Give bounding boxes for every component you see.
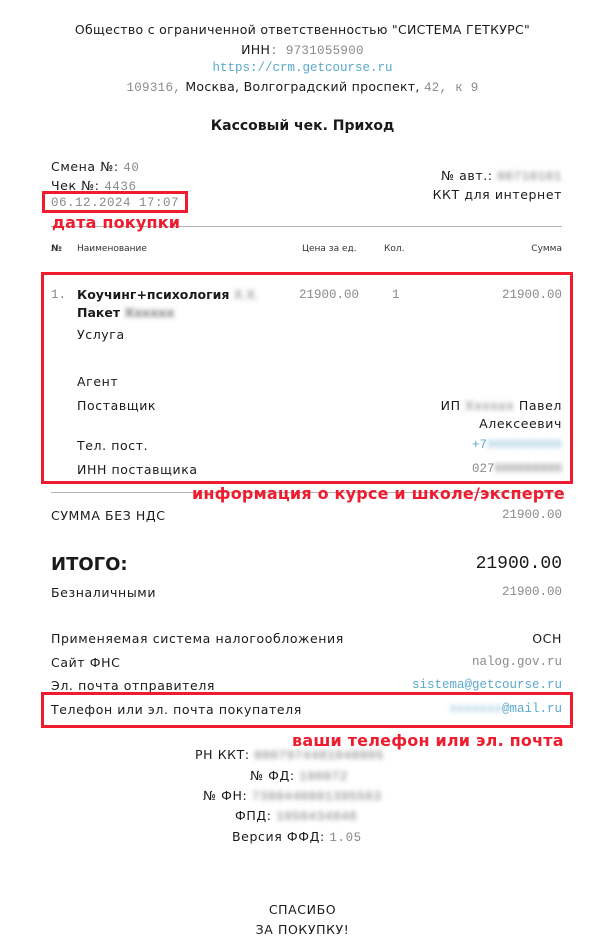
website-link[interactable]: https://crm.getcourse.ru [0, 61, 605, 75]
rn-kkt: РН ККТ: 0007974481048005 [195, 747, 384, 763]
address-index: 109316, [126, 81, 181, 95]
item-name-line1: Коучинг+психология X.X. [77, 287, 259, 302]
cashless-label: Безналичными [51, 585, 156, 600]
col-num: № [51, 244, 62, 254]
company-name: Общество с ограниченной ответственностью… [0, 22, 605, 37]
fn-number: № ФН: 7380440801395563 [203, 788, 382, 804]
total-value: 21900.00 [476, 554, 562, 574]
buyer-contact-value[interactable]: xxxxxxx@mail.ru [449, 702, 562, 716]
supplier-label: Поставщик [77, 398, 156, 413]
supplier-inn: 027000000000 [472, 462, 562, 476]
item-number: 1. [51, 288, 66, 302]
agent-label: Агент [77, 374, 118, 389]
tax-system-label: Применяемая система налогообложения [51, 631, 344, 646]
kkt-type: ККТ для интернет [433, 187, 562, 202]
inn-value: 9731055900 [286, 44, 364, 58]
col-sum: Сумма [531, 244, 562, 254]
no-vat-value: 21900.00 [502, 508, 562, 522]
fpd-value: ФПД: 1056434848 [235, 808, 357, 824]
sender-email-value[interactable]: sistema@getcourse.ru [412, 678, 562, 692]
buyer-contact-label: Телефон или эл. почта покупателя [51, 702, 302, 717]
no-vat-label: СУММА БЕЗ НДС [51, 508, 166, 523]
supplier-phone-label: Тел. пост. [77, 438, 148, 453]
address-house: 42, к 9 [424, 81, 479, 95]
cashless-value: 21900.00 [502, 585, 562, 599]
item-qty: 1 [392, 288, 400, 302]
supplier-name: ИП Хххххх Павел [441, 398, 562, 413]
thanks-line2: ЗА ПОКУПКУ! [0, 922, 605, 937]
total-label: ИТОГО: [51, 554, 128, 575]
supplier-name-cont: Алексеевич [479, 416, 562, 431]
col-qty: Кол. [384, 244, 405, 254]
date-annotation: дата покупки [52, 213, 180, 232]
item-sum: 21900.00 [502, 288, 562, 302]
item-type: Услуга [77, 327, 125, 342]
col-price: Цена за ед. [302, 244, 357, 254]
item-name-line2: Пакет Хххххх [77, 305, 174, 320]
company-inn: ИНН: 9731055900 [0, 42, 605, 58]
supplier-inn-label: ИНН поставщика [77, 462, 198, 477]
supplier-phone[interactable]: +79000000000 [472, 438, 562, 452]
fd-number: № ФД: 190072 [250, 768, 348, 784]
col-name: Наименование [77, 244, 147, 254]
inn-label: ИНН [241, 42, 270, 57]
ffd-version: Версия ФФД: 1.05 [232, 829, 362, 845]
address-street: Москва, Волгоградский проспект, [185, 79, 419, 94]
item-price: 21900.00 [299, 288, 359, 302]
course-annotation: информация о курсе и школе/эксперте [192, 484, 565, 503]
fns-site-value[interactable]: nalog.gov.ru [472, 655, 562, 669]
shift-number: Смена №: 40 [51, 159, 139, 175]
fns-site-label: Сайт ФНС [51, 655, 120, 670]
tax-system-value: ОСН [532, 631, 562, 646]
thanks-line1: СПАСИБО [0, 902, 605, 917]
date-highlight-box [42, 191, 188, 213]
auto-number: № авт.: 00710101 [441, 168, 562, 184]
company-address: 109316, Москва, Волгоградский проспект, … [0, 79, 605, 95]
receipt-title: Кассовый чек. Приход [0, 118, 605, 134]
sender-email-label: Эл. почта отправителя [51, 678, 215, 693]
